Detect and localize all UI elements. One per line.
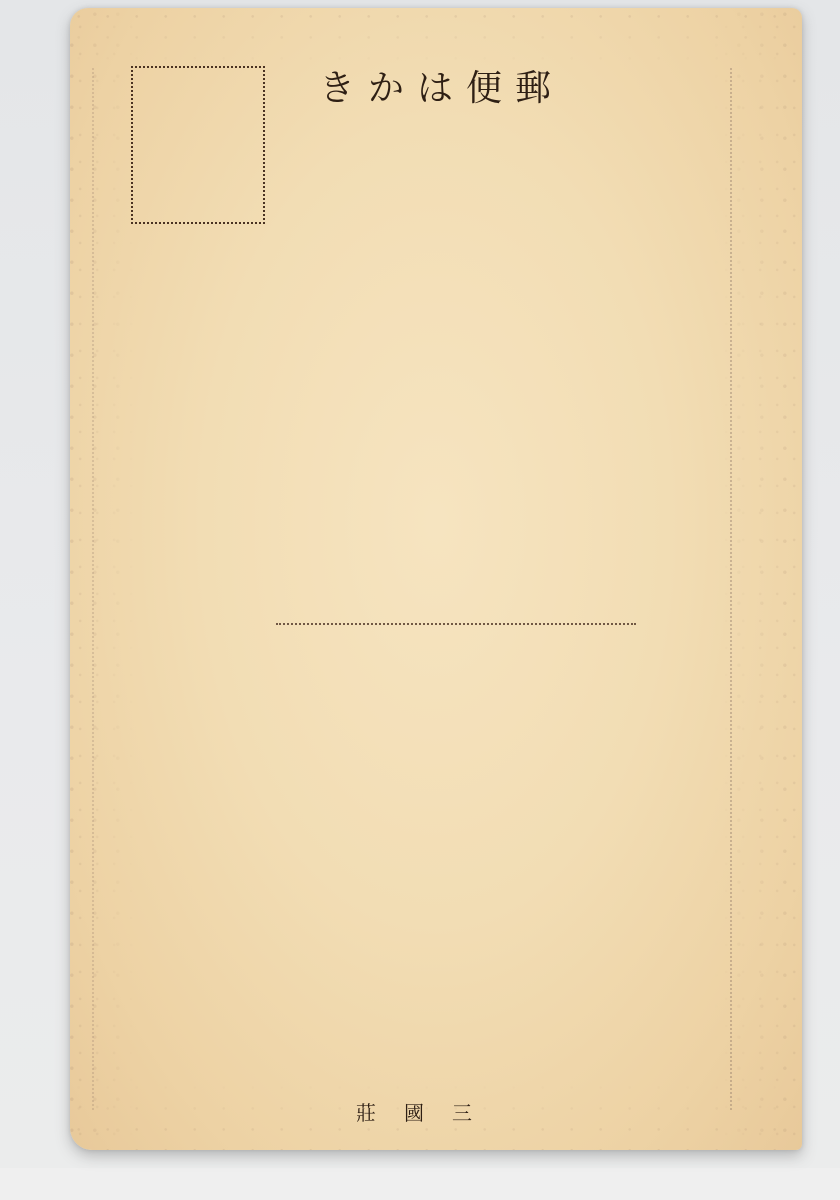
publisher-char: 國 — [402, 1097, 426, 1126]
publisher-char: 三 — [450, 1097, 474, 1126]
stamp-box — [131, 66, 265, 224]
footer-band — [0, 1168, 840, 1200]
title-char: 便 — [462, 60, 506, 111]
publisher-char: 莊 — [354, 1097, 378, 1126]
title-char: か — [364, 60, 408, 111]
wear-mark-left — [92, 68, 94, 1110]
postcard: き か は 便 郵 莊 國 三 — [70, 8, 802, 1150]
publisher-imprint: 莊 國 三 — [354, 1096, 474, 1126]
postcard-title: き か は 便 郵 — [315, 63, 555, 107]
title-char: 郵 — [511, 60, 555, 111]
wear-mark-right — [730, 68, 732, 1110]
title-char: は — [413, 60, 457, 111]
address-divider-line — [276, 623, 636, 625]
title-char: き — [315, 60, 359, 111]
